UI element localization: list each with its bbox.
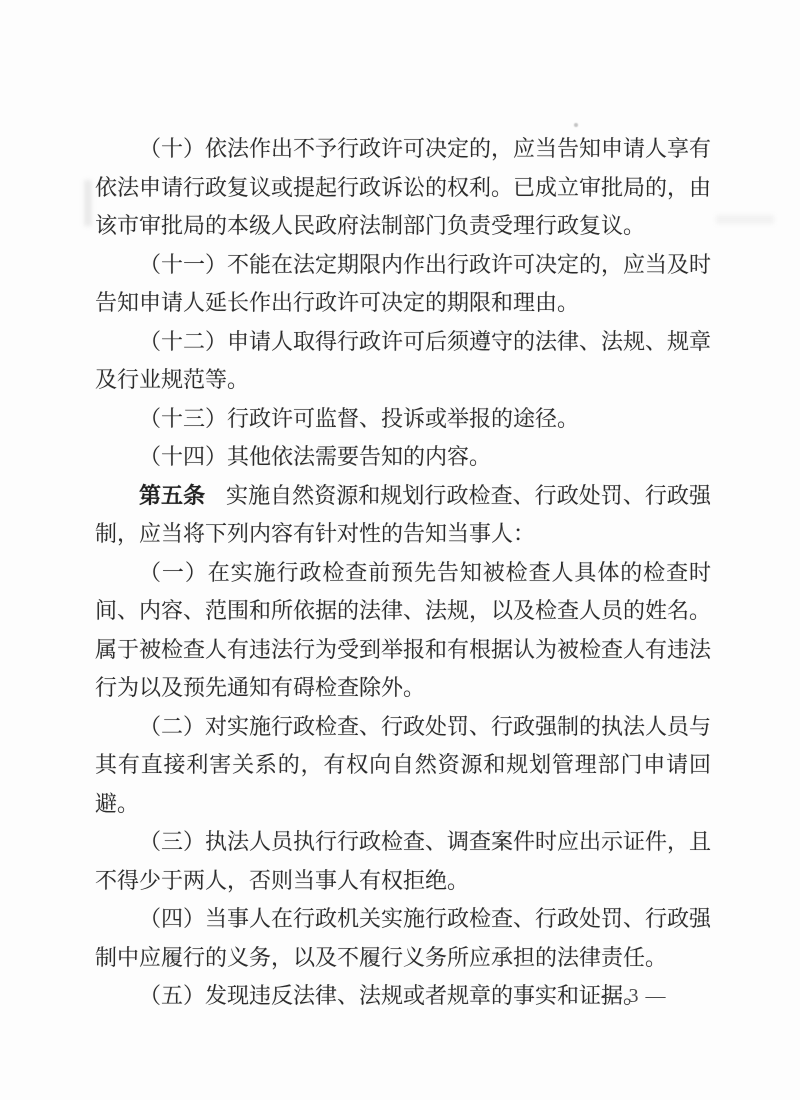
document-body: （十）依法作出不予行政许可决定的，应当告知申请人享有依法申请行政复议或提起行政诉… [95, 130, 711, 1016]
paragraph-item-1: （一）在实施行政检查前预先告知被检查人具体的检查时间、内容、范围和所依据的法律、… [95, 554, 711, 708]
paragraph-item-2: （二）对实施行政检查、行政处罚、行政强制的执法人员与其有直接利害关系的，有权向自… [95, 708, 711, 824]
article-number-label: 第五条 [139, 483, 205, 508]
scan-artifact-smudge [716, 215, 774, 224]
paragraph-item-12: （十二）申请人取得行政许可后须遵守的法律、法规、规章及行业规范等。 [95, 323, 711, 400]
paragraph-item-13: （十三）行政许可监督、投诉或举报的途径。 [95, 400, 711, 439]
paragraph-item-3: （三）执法人员执行行政检查、调查案件时应出示证件，且不得少于两人，否则当事人有权… [95, 823, 711, 900]
scan-artifact-dot [574, 123, 578, 127]
paragraph-item-11: （十一）不能在法定期限内作出行政许可决定的，应当及时告知申请人延长作出行政许可决… [95, 246, 711, 323]
paragraph-article-5: 第五条实施自然资源和规划行政检查、行政处罚、行政强制，应当将下列内容有针对性的告… [95, 477, 711, 554]
scan-artifact-left-edge [84, 180, 92, 226]
paragraph-item-14: （十四）其他依法需要告知的内容。 [95, 438, 711, 477]
scanned-document-page: （十）依法作出不予行政许可决定的，应当告知申请人享有依法申请行政复议或提起行政诉… [0, 0, 800, 1100]
page-number: — 3 — [594, 985, 674, 1008]
paragraph-item-4: （四）当事人在行政机关实施行政检查、行政处罚、行政强制中应履行的义务，以及不履行… [95, 900, 711, 977]
paragraph-item-10: （十）依法作出不予行政许可决定的，应当告知申请人享有依法申请行政复议或提起行政诉… [95, 130, 711, 246]
